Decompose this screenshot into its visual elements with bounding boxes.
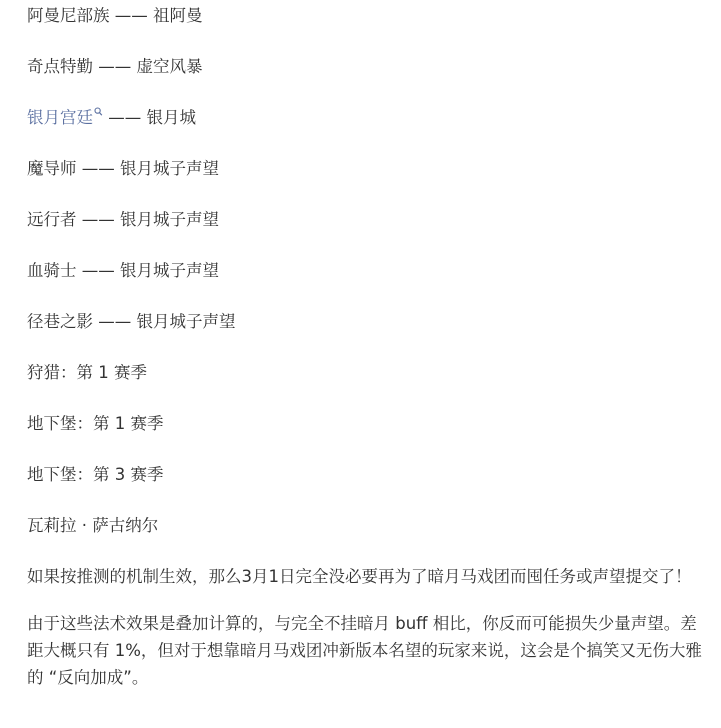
separator: —— [93,57,137,76]
season-line: 狩猎：第 1 赛季 [27,359,703,386]
faction-line: 血骑士 —— 银月城子声望 [27,257,703,284]
faction-name: 血骑士 [27,261,77,280]
separator: —— [110,6,154,25]
faction-name: 远行者 [27,210,77,229]
article-body: 阿曼尼部族 —— 祖阿曼 奇点特勤 —— 虚空风暴 银月宫廷 —— 银月城 魔导… [0,0,721,691]
separator: —— [77,261,121,280]
faction-line: 魔导师 —— 银月城子声望 [27,155,703,182]
faction-line: 阿曼尼部族 —— 祖阿曼 [27,2,703,29]
paragraph-conclusion: 如果按推测的机制生效，那么3月1日完全没必要再为了暗月马戏团而囤任务或声望提交了… [27,563,703,590]
faction-name: 阿曼尼部族 [27,6,110,25]
separator: —— [77,159,121,178]
faction-name: 魔导师 [27,159,77,178]
faction-name: 径巷之影 [27,312,93,331]
faction-zone: 银月城子声望 [137,312,236,331]
faction-line: 远行者 —— 银月城子声望 [27,206,703,233]
faction-zone: 祖阿曼 [153,6,203,25]
faction-line: 奇点特勤 —— 虚空风暴 [27,53,703,80]
separator: —— [77,210,121,229]
faction-link-silvermoon-court[interactable]: 银月宫廷 [27,108,103,127]
paragraph-explanation: 由于这些法术效果是叠加计算的，与完全不挂暗月 buff 相比，你反而可能损失少量… [27,610,703,691]
season-line: 瓦莉拉 · 萨古纳尔 [27,512,703,539]
faction-name: 奇点特勤 [27,57,93,76]
separator: —— [103,108,147,127]
separator: —— [93,312,137,331]
faction-zone: 银月城子声望 [120,210,219,229]
faction-link-label[interactable]: 银月宫廷 [27,108,93,127]
faction-zone: 银月城子声望 [120,261,219,280]
faction-zone: 银月城 [147,108,197,127]
faction-zone: 虚空风暴 [137,57,203,76]
faction-line: 径巷之影 —— 银月城子声望 [27,308,703,335]
search-icon[interactable] [94,107,103,116]
faction-line: 银月宫廷 —— 银月城 [27,104,703,131]
season-line: 地下堡：第 1 赛季 [27,410,703,437]
season-line: 地下堡：第 3 赛季 [27,461,703,488]
faction-zone: 银月城子声望 [120,159,219,178]
